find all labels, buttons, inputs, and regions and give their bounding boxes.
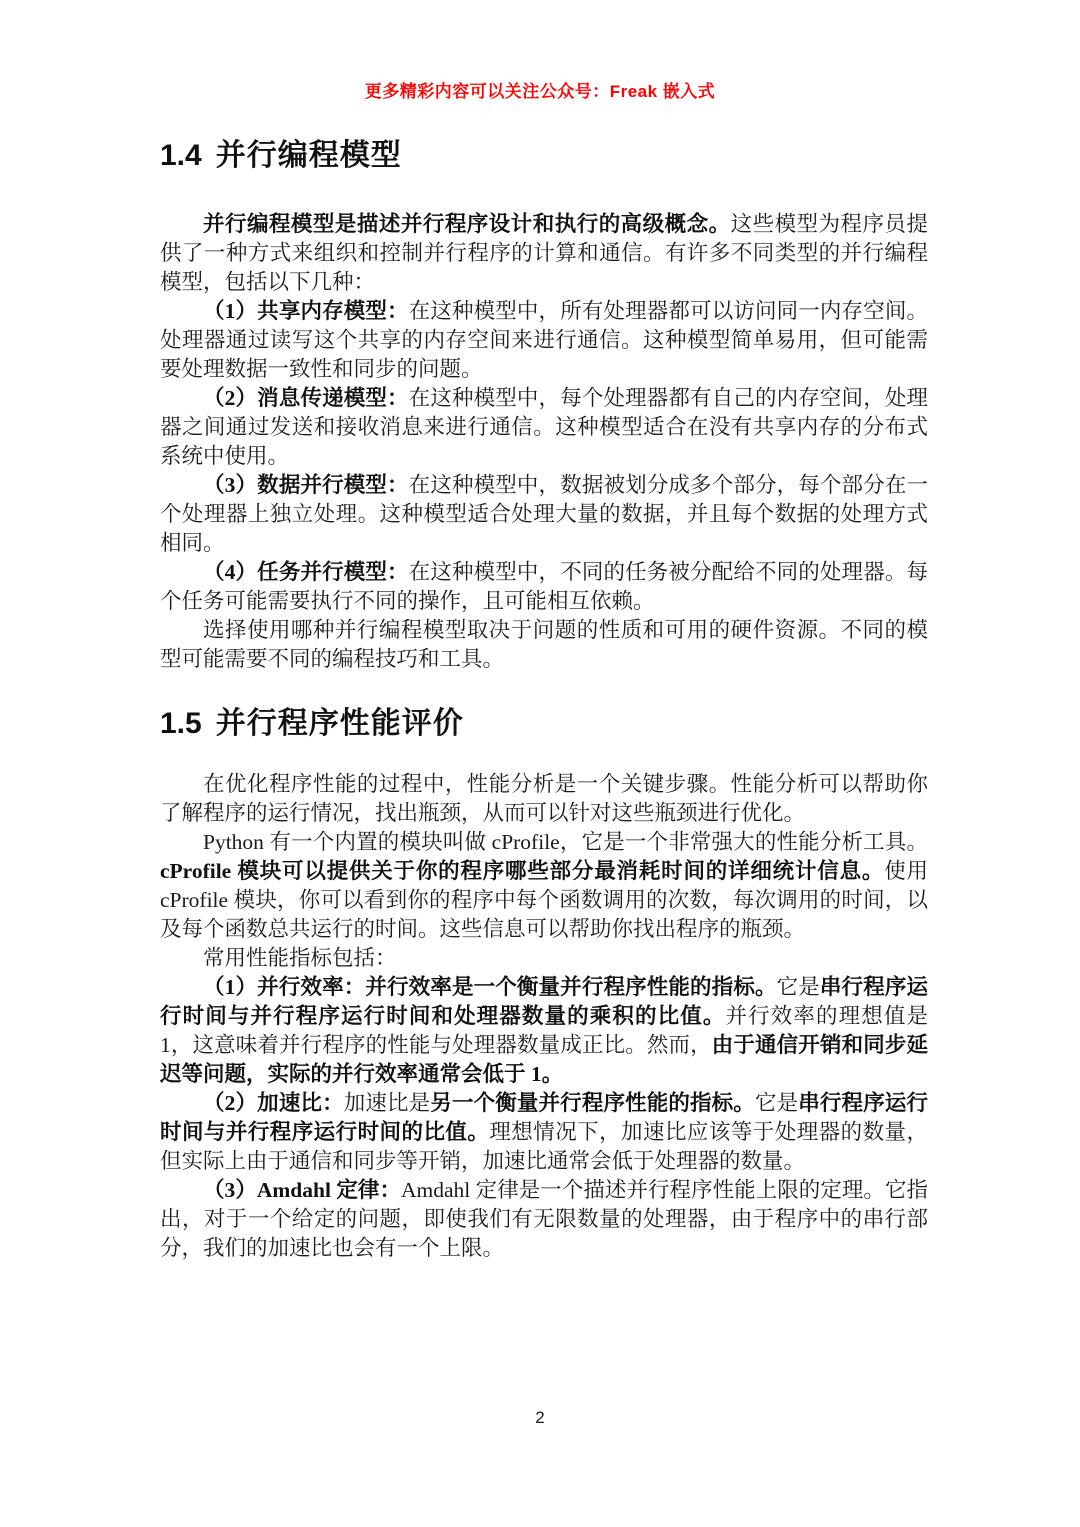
bold-text-run: cProfile 模块可以提供关于你的程序哪些部分最消耗时间的详细统计信息。 — [160, 859, 884, 883]
section-number: 1.4 — [160, 139, 202, 172]
text-run: 它是 — [755, 1091, 798, 1115]
bold-text-run: 并行编程模型是描述并行程序设计和执行的高级概念。 — [203, 212, 731, 236]
paragraph: 常用性能指标包括： — [160, 944, 928, 973]
paragraph: （3）数据并行模型：在这种模型中，数据被划分成多个部分，每个部分在一个处理器上独… — [160, 471, 928, 558]
paragraph: 在优化程序性能的过程中，性能分析是一个关键步骤。性能分析可以帮助你了解程序的运行… — [160, 770, 928, 828]
text-run: 常用性能指标包括： — [203, 946, 397, 970]
paragraph: 选择使用哪种并行编程模型取决于问题的性质和可用的硬件资源。不同的模型可能需要不同… — [160, 616, 928, 674]
section-heading-1-5: 1.5并行程序性能评价 — [160, 706, 928, 742]
section-heading-1-4: 1.4并行编程模型 — [160, 138, 928, 174]
document-page: 更多精彩内容可以关注公众号：Freak 嵌入式 1.4并行编程模型 并行编程模型… — [0, 0, 1080, 1527]
page-number: 2 — [0, 1408, 1080, 1428]
paragraph: （1）共享内存模型：在这种模型中，所有处理器都可以访问同一内存空间。处理器通过读… — [160, 297, 928, 384]
bold-text-run: （2）加速比： — [203, 1091, 344, 1115]
bold-text-run: （2）消息传递模型： — [203, 386, 409, 410]
section-title: 并行程序性能评价 — [216, 707, 464, 740]
document-content: 1.4并行编程模型 并行编程模型是描述并行程序设计和执行的高级概念。这些模型为程… — [160, 0, 928, 1263]
bold-text-run: （1）共享内存模型： — [203, 299, 409, 323]
text-run: 它是 — [777, 975, 820, 999]
bold-text-run: （3）Amdahl 定律： — [203, 1178, 401, 1202]
bold-text-run: （4）任务并行模型： — [203, 560, 409, 584]
paragraph: Python 有一个内置的模块叫做 cProfile，它是一个非常强大的性能分析… — [160, 828, 928, 944]
text-run: 在优化程序性能的过程中，性能分析是一个关键步骤。性能分析可以帮助你了解程序的运行… — [160, 772, 928, 825]
section-1-5-body: 在优化程序性能的过程中，性能分析是一个关键步骤。性能分析可以帮助你了解程序的运行… — [160, 770, 928, 1263]
paragraph: （4）任务并行模型：在这种模型中，不同的任务被分配给不同的处理器。每个任务可能需… — [160, 558, 928, 616]
paragraph: （2）加速比：加速比是另一个衡量并行程序性能的指标。它是串行程序运行时间与并行程… — [160, 1089, 928, 1176]
paragraph: （2）消息传递模型：在这种模型中，每个处理器都有自己的内存空间，处理器之间通过发… — [160, 384, 928, 471]
bold-text-run: 另一个衡量并行程序性能的指标。 — [430, 1091, 755, 1115]
text-run: Python 有一个内置的模块叫做 cProfile，它是一个非常强大的性能分析… — [203, 830, 928, 854]
paragraph: （1）并行效率：并行效率是一个衡量并行程序性能的指标。它是串行程序运行时间与并行… — [160, 973, 928, 1089]
paragraph: 并行编程模型是描述并行程序设计和执行的高级概念。这些模型为程序员提供了一种方式来… — [160, 210, 928, 297]
bold-text-run: （3）数据并行模型： — [203, 473, 409, 497]
text-run: 加速比是 — [344, 1091, 431, 1115]
paragraph: （3）Amdahl 定律：Amdahl 定律是一个描述并行程序性能上限的定理。它… — [160, 1176, 928, 1263]
section-number: 1.5 — [160, 707, 202, 740]
section-title: 并行编程模型 — [216, 139, 402, 172]
section-1-4-body: 并行编程模型是描述并行程序设计和执行的高级概念。这些模型为程序员提供了一种方式来… — [160, 210, 928, 674]
text-run: 选择使用哪种并行编程模型取决于问题的性质和可用的硬件资源。不同的模型可能需要不同… — [160, 618, 928, 671]
bold-text-run: （1）并行效率：并行效率是一个衡量并行程序性能的指标。 — [203, 975, 777, 999]
